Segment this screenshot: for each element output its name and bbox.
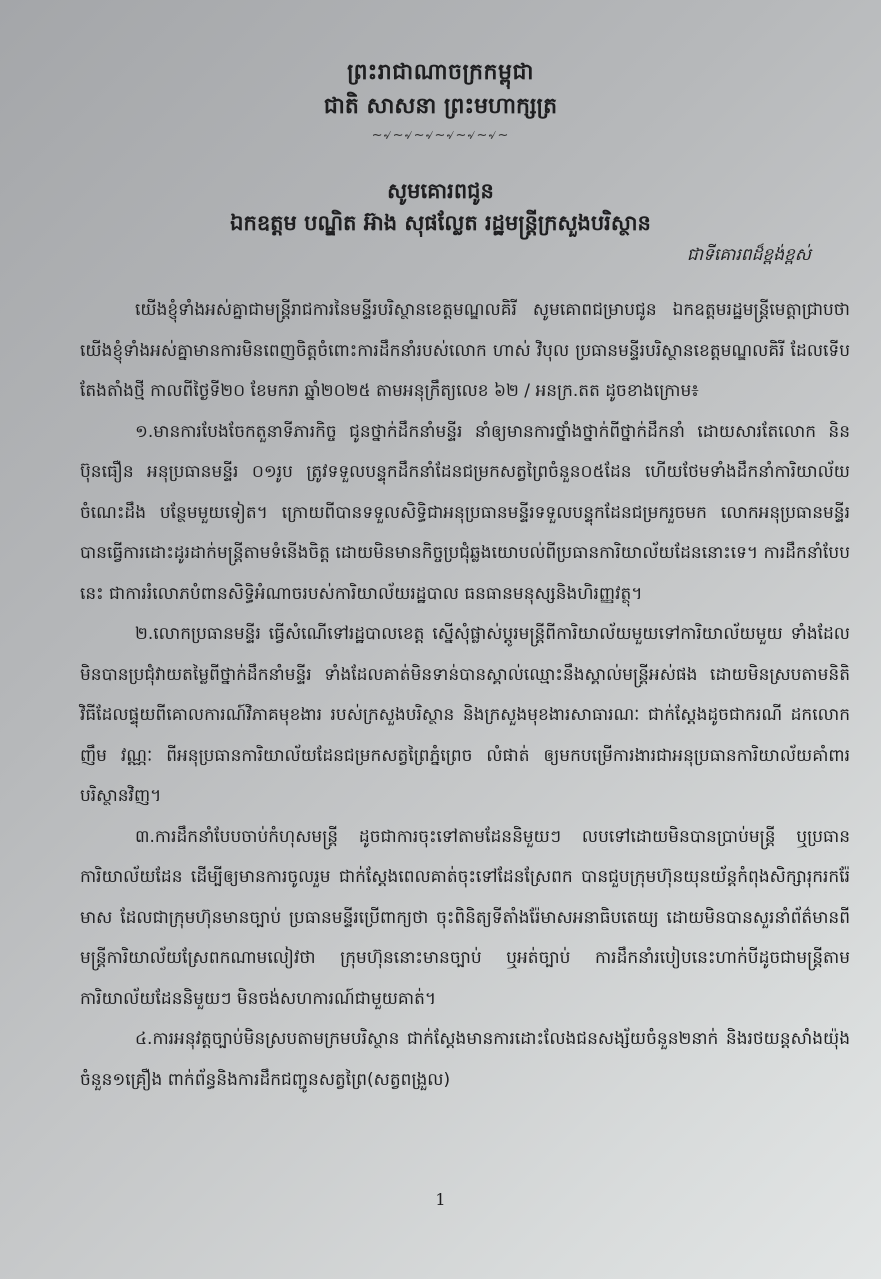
kingdom-title: ព្រះរាជាណាចក្រកម្ពុជា <box>0 58 881 90</box>
page-number: 1 <box>0 1190 881 1209</box>
recipient: ឯកឧត្តម បណ្ឌិត អ៊ាង សុផល្លែត រដ្ឋមន្ត្រី… <box>0 210 881 241</box>
paragraph-intro: យើងខ្ញុំទាំងអស់គ្នាជាមន្ត្រីរាជការនៃមន្ទ… <box>80 290 850 412</box>
salutation: សូមគោរពជូន <box>0 178 881 209</box>
paragraph-item-4: ៤.ការអនុវត្តច្បាប់មិនស្របតាមក្រមបរិស្ថាន… <box>80 1019 850 1100</box>
national-motto: ជាតិ សាសនា ព្រះមហាក្សត្រ <box>0 92 881 124</box>
paragraph-item-2: ២.លោកប្រធានមន្ទីរ ធ្វើសំណើទៅរដ្ឋបាលខេត្ត… <box>80 614 850 817</box>
letter-body: យើងខ្ញុំទាំងអស់គ្នាជាមន្ត្រីរាជការនៃមន្ទ… <box>80 290 850 1100</box>
paragraph-item-3: ៣.ការដឹកនាំបែបចាប់កំហុសមន្ត្រី ដូចជាការច… <box>80 817 850 1020</box>
document-page: ព្រះរាជាណាចក្រកម្ពុជា ជាតិ សាសនា ព្រះមហា… <box>0 0 881 1279</box>
paragraph-item-1: ១.មានការបែងចែកតួនាទីភារកិច្ច ជូនថ្នាក់ដឹ… <box>80 412 850 615</box>
ornament-divider: ~৵~৵~৵~৵~৵~৵~ <box>0 126 881 147</box>
honorific: ជាទីគោរពដ៏ខ្ពង់ខ្ពស់ <box>687 244 811 269</box>
